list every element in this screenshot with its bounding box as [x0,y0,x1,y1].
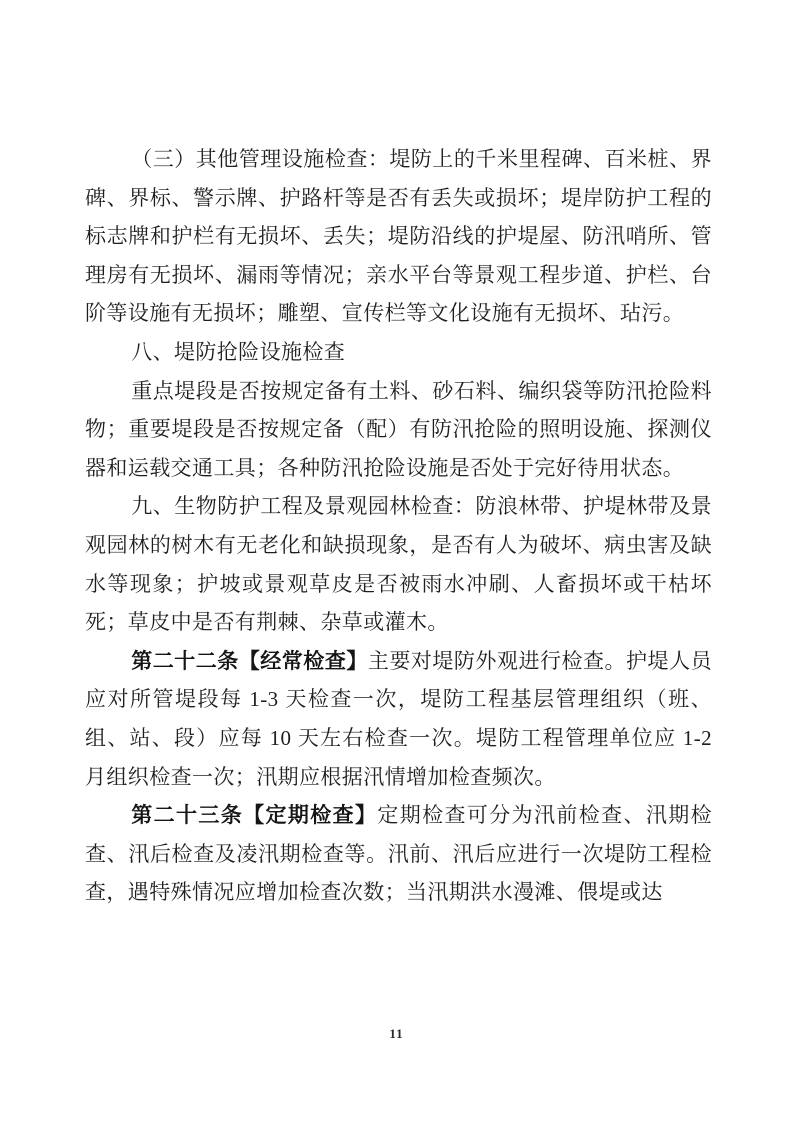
paragraph-heading-eight: 八、堤防抢险设施检查 [85,333,712,372]
paragraph-article-22: 第二十二条【经常检查】主要对堤防外观进行检查。护堤人员应对所管堤段每 1-3 天… [85,642,712,796]
document-page: （三）其他管理设施检查：堤防上的千米里程碑、百米桩、界碑、界标、警示牌、护路杆等… [0,0,793,1122]
paragraph-rescue-facilities: 重点堤段是否按规定备有土料、砂石料、编织袋等防汛抢险料物；重要堤段是否按规定备（… [85,372,712,488]
page-number: 11 [0,1026,793,1042]
paragraph-other-facilities: （三）其他管理设施检查：堤防上的千米里程碑、百米桩、界碑、界标、警示牌、护路杆等… [85,140,712,333]
paragraph-bio-protection: 九、生物防护工程及景观园林检查：防浪林带、护堤林带及景观园林的树木有无老化和缺损… [85,487,712,641]
paragraph-text: 八、堤防抢险设施检查 [131,340,345,364]
paragraph-text: 重点堤段是否按规定备有土料、砂石料、编织袋等防汛抢险料物；重要堤段是否按规定备（… [85,379,712,480]
document-body: （三）其他管理设施检查：堤防上的千米里程碑、百米桩、界碑、界标、警示牌、护路杆等… [85,140,712,912]
paragraph-text: （三）其他管理设施检查：堤防上的千米里程碑、百米桩、界碑、界标、警示牌、护路杆等… [85,147,712,325]
paragraph-article-23: 第二十三条【定期检查】定期检查可分为汛前检查、汛期检查、汛后检查及凌汛期检查等。… [85,796,712,912]
article-23-heading: 第二十三条【定期检查】 [131,803,377,827]
paragraph-text: 九、生物防护工程及景观园林检查：防浪林带、护堤林带及景观园林的树木有无老化和缺损… [85,494,712,634]
article-22-heading: 第二十二条【经常检查】 [131,649,368,673]
